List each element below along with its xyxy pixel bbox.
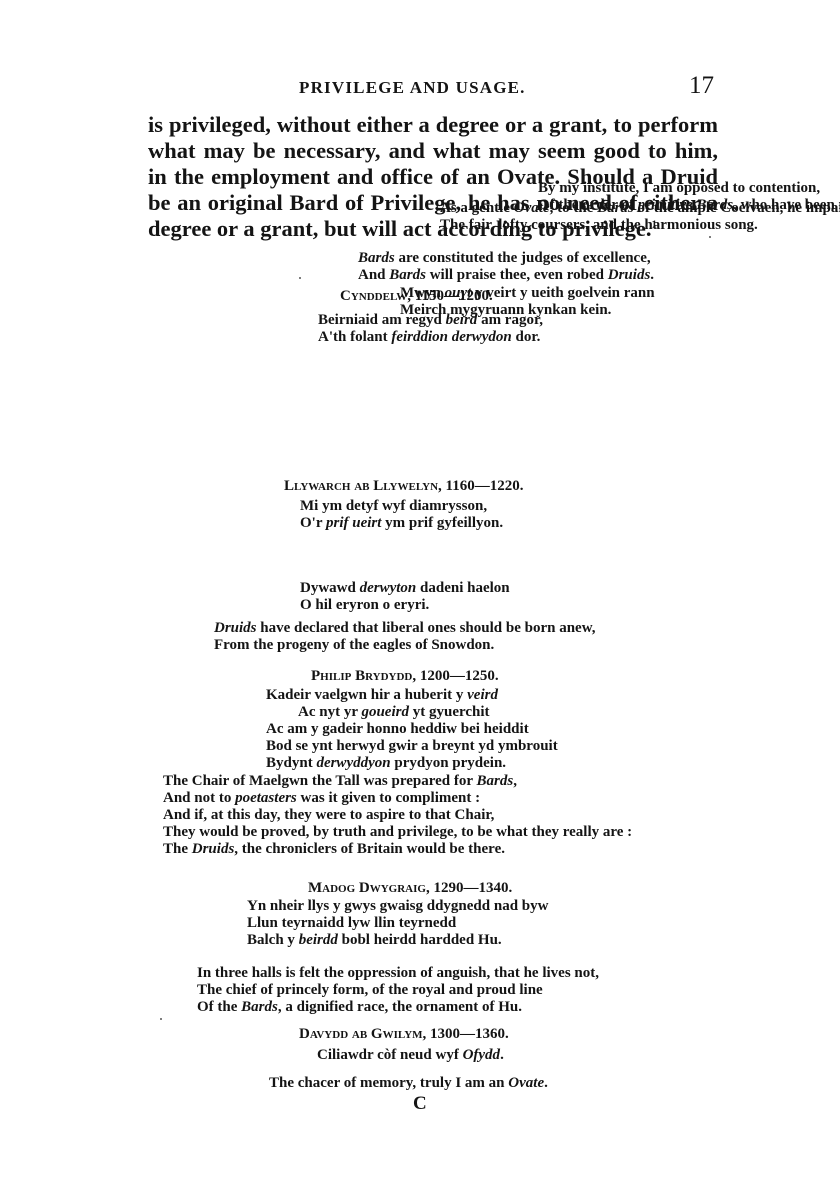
- welsh-verse-line: Meirch mygyruann kynkan kein.: [400, 302, 611, 319]
- welsh-verse-line: Balch y beirdd bobl heirdd hardded Hu.: [247, 932, 502, 949]
- english-translation-line: And Bards will praise thee, even robed D…: [358, 267, 654, 284]
- english-translation-line: The Chair of Maelgwn the Tall was prepar…: [163, 773, 517, 790]
- page-number: 17: [689, 72, 714, 100]
- speck: [299, 277, 301, 279]
- welsh-verse-line: Ac nyt yr goueird yt gyuerchit: [298, 704, 490, 721]
- english-translation-line: And not to poetasters was it given to co…: [163, 790, 480, 807]
- welsh-verse-line: Mi ym detyf wyf diamrysson,: [300, 498, 487, 515]
- english-translation-line: They would be proved, by truth and privi…: [163, 824, 632, 841]
- welsh-verse-line: Bod se ynt herwyd gwir a breynt yd ymbro…: [266, 738, 558, 755]
- welsh-verse-line: Kadeir vaelgwn hir a huberit y veird: [266, 687, 498, 704]
- welsh-verse-line: Yn nheir llys y gwys gwaisg ddygnedd nad…: [247, 898, 548, 915]
- english-translation-line: The Druids, the chroniclers of Britain w…: [163, 841, 505, 858]
- welsh-verse-line: Ac am y gadeir honno heddiw bei heiddit: [266, 721, 529, 738]
- speck: [160, 1018, 162, 1020]
- welsh-verse-line: Dywawd derwyton dadeni haelon: [300, 580, 510, 597]
- english-translation-line: Of the order of primitive Bards, who hav…: [538, 197, 840, 214]
- speck: [709, 236, 711, 238]
- english-translation-line: The chacer of memory, truly I am an Ovat…: [269, 1075, 548, 1092]
- welsh-verse-line: O'r prif ueirt ym prif gyfeillyon.: [300, 515, 503, 532]
- english-translation-line: Druids have declared that liberal ones s…: [214, 620, 595, 637]
- welsh-verse-line: Ciliawdr còf neud wyf Ofydd.: [317, 1047, 504, 1064]
- english-translation-line: The chief of princely form, of the royal…: [197, 982, 543, 999]
- english-translation-line: From the progeny of the eagles of Snowdo…: [214, 637, 494, 654]
- english-translation-line: By my institute, I am opposed to content…: [538, 180, 820, 197]
- english-translation-line: And if, at this day, they were to aspire…: [163, 807, 494, 824]
- poet-heading: Llywarch ab Llywelyn, 1160—1220.: [284, 478, 523, 495]
- english-translation-line: In three halls is felt the oppression of…: [197, 965, 599, 982]
- signature-mark: C: [413, 1093, 427, 1115]
- welsh-verse-line: A'th folant feirddion derwydon dor.: [318, 329, 540, 346]
- poet-heading: Philip Brydydd, 1200—1250.: [311, 668, 499, 685]
- body-line: what may be necessary, and what may seem…: [148, 138, 718, 164]
- poet-heading: Davydd ab Gwilym, 1300—1360.: [299, 1026, 509, 1043]
- welsh-verse-line: Bydynt derwyddyon prydyon prydein.: [266, 755, 506, 772]
- poet-heading: Madog Dwygraig, 1290—1340.: [308, 880, 512, 897]
- running-head: PRIVILEGE AND USAGE.: [299, 78, 526, 98]
- body-line: is privileged, without either a degree o…: [148, 112, 718, 138]
- english-translation-line: Of the Bards, a dignified race, the orna…: [197, 999, 522, 1016]
- english-translation-line: The fair, lofty coursers, and the harmon…: [440, 217, 758, 234]
- english-translation-line: Bards are constituted the judges of exce…: [358, 250, 651, 267]
- welsh-verse-line: O hil eryron o eryri.: [300, 597, 429, 614]
- welsh-verse-line: Llun teyrnaidd lyw llin teyrnedd: [247, 915, 456, 932]
- welsh-verse-line: Mwyn ouyt y veirt y ueith goelvein rann: [400, 285, 655, 302]
